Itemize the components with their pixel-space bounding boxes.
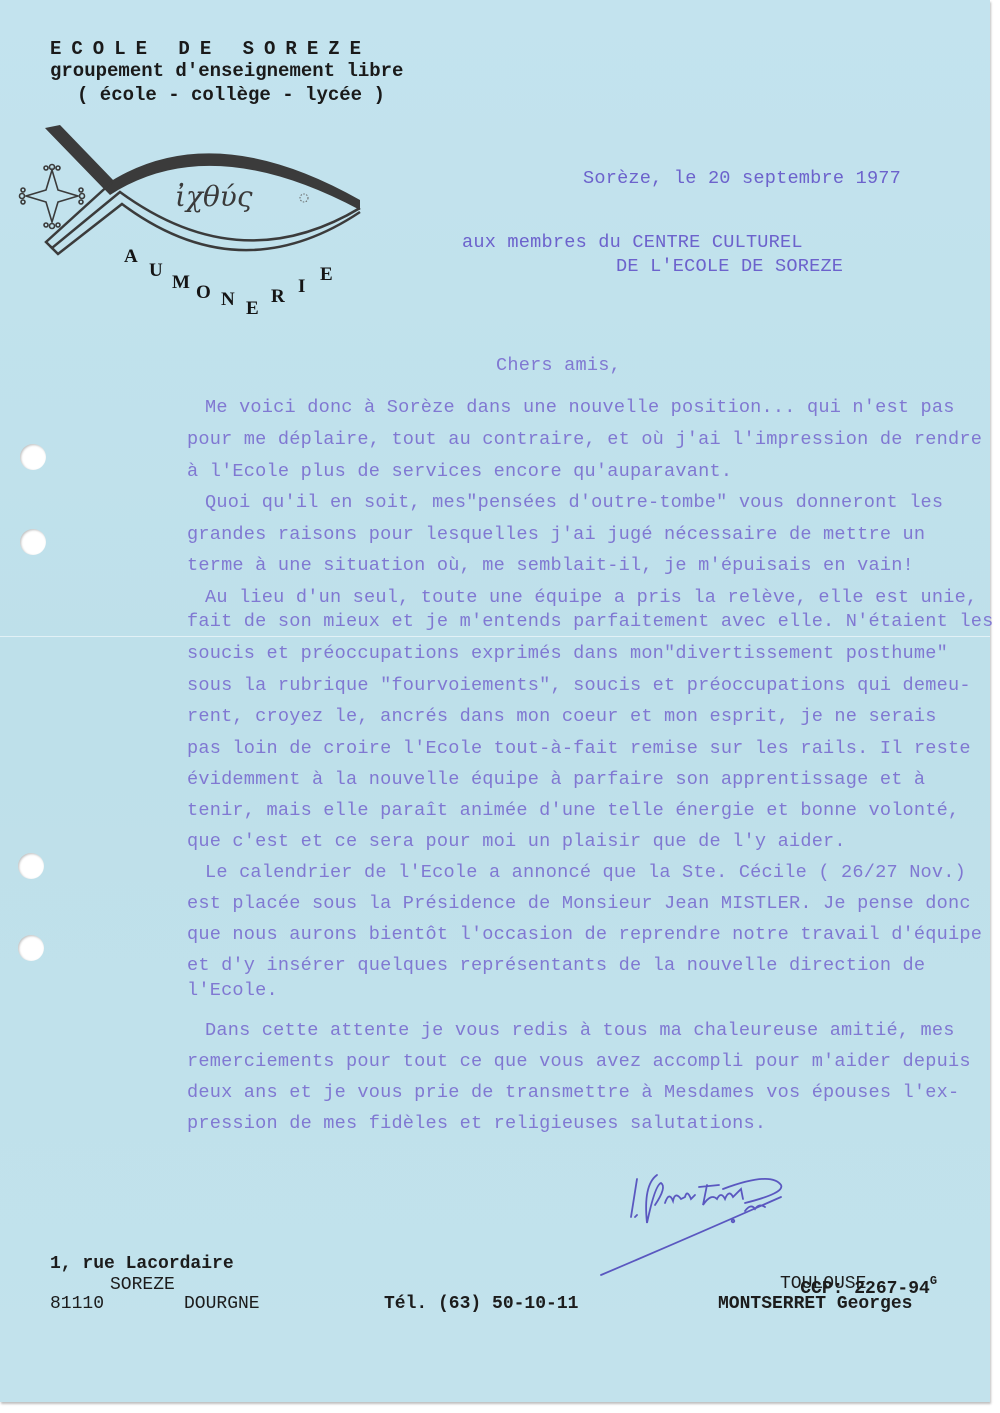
body-line: rent, croyez le, ancrés dans mon coeur e… bbox=[187, 706, 937, 727]
occitan-cross-icon bbox=[12, 160, 92, 235]
place-date: Sorèze, le 20 septembre 1977 bbox=[583, 168, 901, 189]
paper-fold-line bbox=[0, 636, 990, 637]
phone-number: Tél. (63) 50-10-11 bbox=[384, 1294, 578, 1314]
ccp-suffix: G bbox=[930, 1274, 937, 1288]
school-name: ECOLE DE SOREZE bbox=[50, 38, 371, 60]
address-street: 1, rue Lacordaire bbox=[50, 1254, 234, 1274]
body-line: évidemment à la nouvelle équipe à parfai… bbox=[187, 769, 925, 790]
body-line: que c'est et ce sera pour moi un plaisir… bbox=[187, 831, 846, 852]
recipient-line-2: DE L'ECOLE DE SOREZE bbox=[616, 256, 843, 277]
aumonerie-letter: E bbox=[246, 298, 259, 320]
body-line: grandes raisons pour lesquelles j'ai jug… bbox=[187, 524, 925, 545]
punch-hole bbox=[18, 935, 44, 961]
ccp-city: TOULOUSE bbox=[780, 1274, 866, 1294]
aumonerie-letter: O bbox=[196, 282, 211, 304]
body-line: et d'y insérer quelques représentants de… bbox=[187, 955, 925, 976]
body-line: tenir, mais elle paraît animée d'une tel… bbox=[187, 800, 959, 821]
aumonerie-letter: E bbox=[320, 264, 333, 286]
school-levels: ( école - collège - lycée ) bbox=[77, 84, 385, 106]
ichthys-text: ἰχθύς bbox=[175, 180, 253, 213]
body-line: sous la rubrique "fourvoiements", soucis… bbox=[187, 675, 971, 696]
punch-hole bbox=[18, 853, 44, 879]
body-line: remerciements pour tout ce que vous avez… bbox=[187, 1051, 971, 1072]
punch-hole bbox=[20, 529, 46, 555]
aumonerie-letter: U bbox=[149, 260, 163, 282]
aumonerie-letter: R bbox=[271, 286, 285, 308]
punch-hole bbox=[20, 444, 46, 470]
body-line: est placée sous la Présidence de Monsieu… bbox=[187, 893, 971, 914]
postal-city: DOURGNE bbox=[184, 1294, 260, 1314]
body-line: Au lieu d'un seul, toute une équipe a pr… bbox=[205, 587, 977, 608]
body-line: deux ans et je vous prie de transmettre … bbox=[187, 1082, 959, 1103]
body-line: terme à une situation où, me semblait-il… bbox=[187, 555, 914, 576]
aumonerie-letter: M bbox=[172, 272, 190, 294]
recipient-line-1: aux membres du CENTRE CULTUREL bbox=[462, 232, 803, 253]
body-line: Quoi qu'il en soit, mes"pensées d'outre-… bbox=[205, 492, 943, 513]
address-town: SOREZE bbox=[110, 1275, 175, 1295]
aumonerie-letter: A bbox=[124, 246, 138, 268]
body-line: pression de mes fidèles et religieuses s… bbox=[187, 1113, 766, 1134]
body-line: fait de son mieux et je m'entends parfai… bbox=[187, 611, 993, 632]
school-subtitle: groupement d'enseignement libre bbox=[50, 60, 403, 82]
aumonerie-letter: N bbox=[221, 289, 235, 311]
postal-code: 81110 bbox=[50, 1294, 104, 1314]
body-line: pas loin de croire l'Ecole tout-à-fait r… bbox=[187, 738, 971, 759]
body-line: que nous aurons bientôt l'occasion de re… bbox=[187, 924, 982, 945]
body-line: Le calendrier de l'Ecole a annoncé que l… bbox=[205, 862, 966, 883]
body-line: Dans cette attente je vous redis à tous … bbox=[205, 1020, 955, 1041]
salutation: Chers amis, bbox=[496, 355, 621, 376]
account-holder: MONTSERRET Georges bbox=[718, 1294, 912, 1314]
body-line: Me voici donc à Sorèze dans une nouvelle… bbox=[205, 397, 955, 418]
letter-sheet: ECOLE DE SOREZE groupement d'enseignemen… bbox=[0, 0, 990, 1402]
body-line: soucis et préoccupations exprimés dans m… bbox=[187, 643, 948, 664]
body-line: pour me déplaire, tout au contraire, et … bbox=[187, 429, 982, 450]
body-line: à l'Ecole plus de services encore qu'aup… bbox=[187, 461, 732, 482]
aumonerie-letter: I bbox=[298, 276, 305, 298]
body-line: l'Ecole. bbox=[187, 980, 278, 1001]
